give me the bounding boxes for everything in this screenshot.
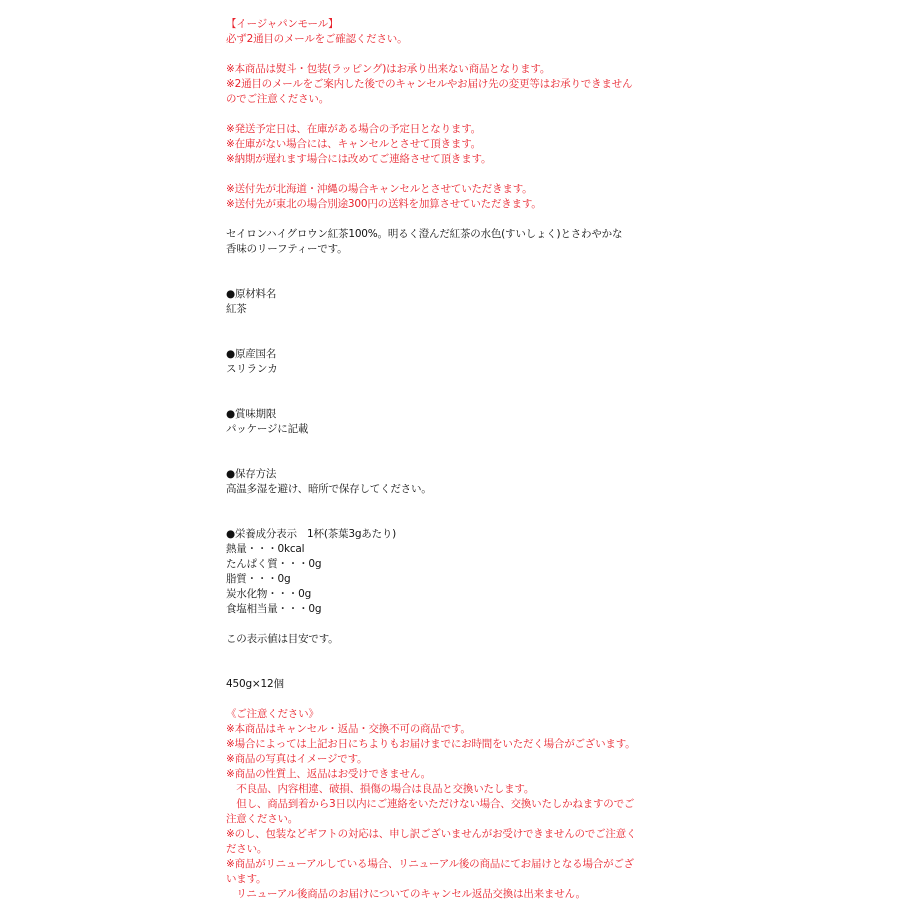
description-line: 香味のリーフティーです。	[226, 242, 666, 257]
notice-line: ※送付先が東北の場合別途300円の送料を加算させていただきます。	[226, 197, 666, 212]
spec-best-before: ●賞味期限 パッケージに記載	[226, 407, 666, 437]
spec-label: ●栄養成分表示 1杯(茶葉3gあたり)	[226, 527, 666, 542]
nutrition-item: 脂質・・・0g	[226, 572, 666, 587]
nutrition-item: たんぱく質・・・0g	[226, 557, 666, 572]
caution-line: ※商品の性質上、返品はお受けできません。	[226, 767, 666, 782]
package-size: 450g×12個	[226, 677, 666, 692]
spec-origin: ●原産国名 スリランカ	[226, 347, 666, 377]
caution-line: リニューアル後商品のお届けについてのキャンセル返品交換は出来ません。	[226, 887, 666, 900]
notice-line: ※納期が遅れます場合には改めてご連絡させて頂きます。	[226, 152, 666, 167]
nutrition-note: この表示値は目安です。	[226, 632, 666, 647]
spec-label: ●原産国名	[226, 347, 666, 362]
caution-line: ※商品の写真はイメージです。	[226, 752, 666, 767]
product-summary: セイロンハイグロウン紅茶100%。明るく澄んだ紅茶の水色(すいしょく)とさわやか…	[226, 227, 666, 257]
notice-line: ※本商品は熨斗・包装(ラッピング)はお承り出来ない商品となります。	[226, 62, 666, 77]
notice-line: ※2通目のメールをご案内した後でのキャンセルやお届け先の変更等はお承りできません	[226, 77, 666, 92]
caution-line: ださい。	[226, 842, 666, 857]
caution-line: 不良品、内容相違、破損、損傷の場合は良品と交換いたします。	[226, 782, 666, 797]
spec-value: スリランカ	[226, 362, 666, 377]
nutrition-item: 食塩相当量・・・0g	[226, 602, 666, 617]
caution-title: 《ご注意ください》	[226, 707, 666, 722]
spec-ingredients: ●原材料名 紅茶	[226, 287, 666, 317]
notice-line: のでご注意ください。	[226, 92, 666, 107]
nutrition-item: 熱量・・・0kcal	[226, 542, 666, 557]
spec-nutrition: ●栄養成分表示 1杯(茶葉3gあたり) 熱量・・・0kcal たんぱく質・・・0…	[226, 527, 666, 647]
caution-section: 《ご注意ください》 ※本商品はキャンセル・返品・交換不可の商品です。 ※場合によ…	[226, 707, 666, 900]
region-notice: ※送付先が北海道・沖縄の場合キャンセルとさせていただきます。 ※送付先が東北の場…	[226, 182, 666, 212]
caution-line: ※商品がリニューアルしている場合、リニューアル後の商品にてお届けとなる場合がござ	[226, 857, 666, 872]
shop-name: 【イージャパンモール】	[226, 17, 666, 32]
wrapping-notice: ※本商品は熨斗・包装(ラッピング)はお承り出来ない商品となります。 ※2通目のメ…	[226, 62, 666, 107]
nutrition-item: 炭水化物・・・0g	[226, 587, 666, 602]
product-description: 【イージャパンモール】 必ず2通目のメールをご確認ください。 ※本商品は熨斗・包…	[226, 17, 666, 900]
spec-label: ●原材料名	[226, 287, 666, 302]
caution-line: ※本商品はキャンセル・返品・交換不可の商品です。	[226, 722, 666, 737]
spec-value: パッケージに記載	[226, 422, 666, 437]
notice-line: ※在庫がない場合には、キャンセルとさせて頂きます。	[226, 137, 666, 152]
caution-line: 注意ください。	[226, 812, 666, 827]
caution-line: ※場合によっては上記お日にちよりもお届けまでにお時間をいただく場合がございます。	[226, 737, 666, 752]
spec-label: ●賞味期限	[226, 407, 666, 422]
caution-line: ※のし、包装などギフトの対応は、申し訳ございませんがお受けできませんのでご注意く	[226, 827, 666, 842]
shipping-notice: ※発送予定日は、在庫がある場合の予定日となります。 ※在庫がない場合には、キャン…	[226, 122, 666, 167]
spec-value: 紅茶	[226, 302, 666, 317]
notice-line: ※送付先が北海道・沖縄の場合キャンセルとさせていただきます。	[226, 182, 666, 197]
notice-line: ※発送予定日は、在庫がある場合の予定日となります。	[226, 122, 666, 137]
caution-line: 但し、商品到着から3日以内にご連絡をいただけない場合、交換いたしかねますのでご	[226, 797, 666, 812]
caution-line: います。	[226, 872, 666, 887]
spec-value: 高温多湿を避け、暗所で保存してください。	[226, 482, 666, 497]
spec-label: ●保存方法	[226, 467, 666, 482]
spec-storage: ●保存方法 高温多湿を避け、暗所で保存してください。	[226, 467, 666, 497]
description-line: セイロンハイグロウン紅茶100%。明るく澄んだ紅茶の水色(すいしょく)とさわやか…	[226, 227, 666, 242]
confirm-email-notice: 必ず2通目のメールをご確認ください。	[226, 32, 666, 47]
